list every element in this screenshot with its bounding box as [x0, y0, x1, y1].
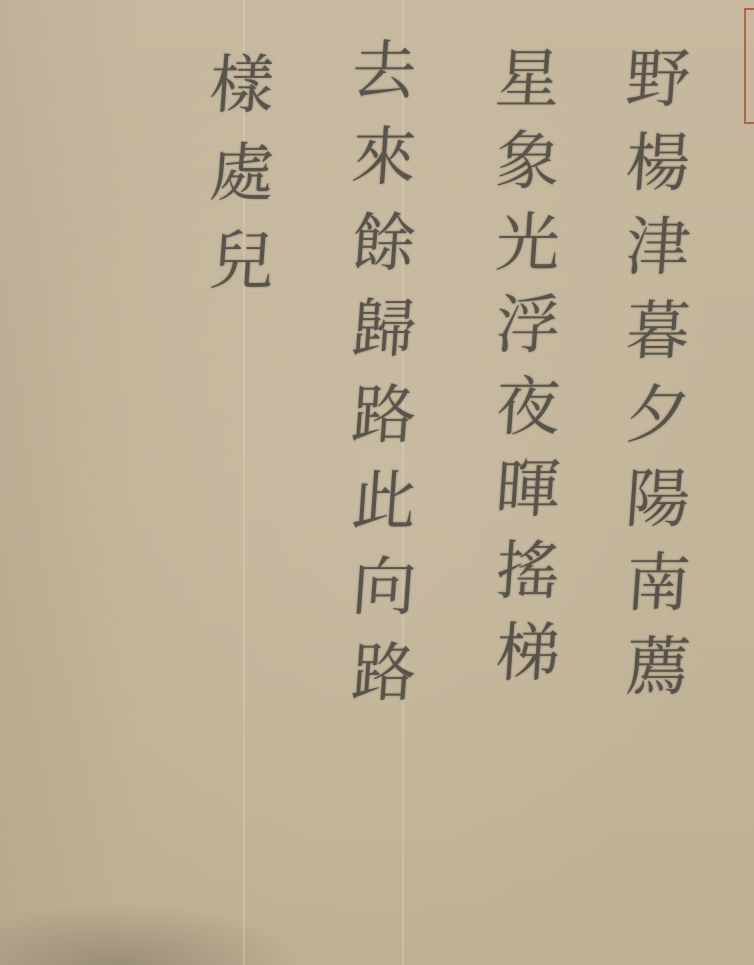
character: 搖	[494, 540, 562, 604]
character: 處	[208, 142, 276, 206]
character: 薦	[624, 636, 692, 700]
character: 楊	[624, 132, 692, 196]
character: 此	[350, 470, 418, 534]
character: 去	[350, 40, 418, 104]
calligraphy-column-2: 星 象 光 浮 夜 暉 搖 梯	[496, 48, 560, 686]
calligraphy-column-1: 野 楊 津 暮 夕 陽 南 薦	[626, 48, 690, 700]
character: 梯	[494, 622, 562, 686]
character: 光	[494, 212, 562, 276]
character: 浮	[494, 294, 562, 358]
character: 來	[350, 126, 418, 190]
character: 路	[350, 384, 418, 448]
character: 歸	[350, 298, 418, 362]
character: 向	[350, 556, 418, 620]
character: 暉	[494, 458, 562, 522]
character: 餘	[350, 212, 418, 276]
character: 兒	[208, 230, 276, 294]
character: 野	[624, 48, 692, 112]
character: 路	[350, 642, 418, 706]
character: 津	[624, 216, 692, 280]
red-seal-stamp	[744, 8, 754, 124]
character: 夕	[624, 384, 692, 448]
calligraphy-column-3: 去 來 餘 歸 路 此 向 路	[352, 40, 416, 706]
character: 象	[494, 130, 562, 194]
character: 星	[494, 48, 562, 112]
character: 陽	[624, 468, 692, 532]
character: 南	[624, 552, 692, 616]
character: 暮	[624, 300, 692, 364]
calligraphy-column-4: 樣 處 兒	[210, 54, 274, 294]
character: 樣	[208, 54, 276, 118]
character: 夜	[494, 376, 562, 440]
